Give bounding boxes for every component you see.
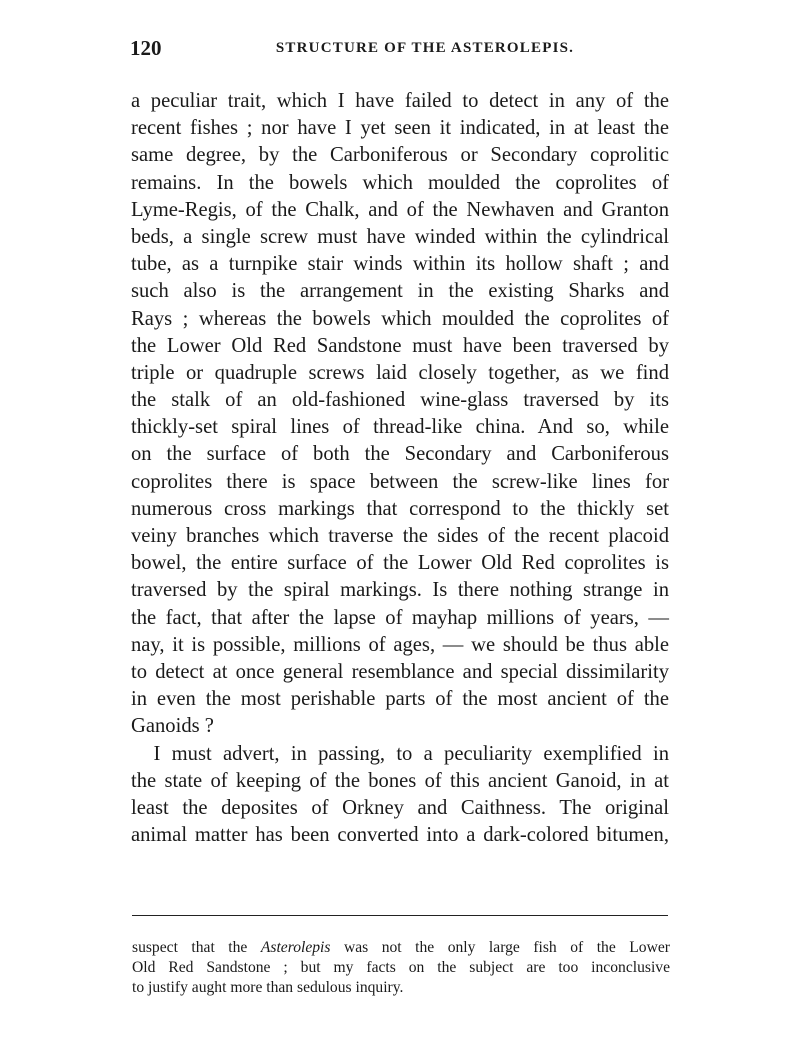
footnote: suspect that the Asterolepis was not the… <box>132 938 670 998</box>
text-line: same degree, by the Carboniferous or Sec… <box>131 142 669 169</box>
text-line: veiny branches which traverse the sides … <box>131 523 669 550</box>
text-line: recent fishes ; nor have I yet seen it i… <box>131 115 669 142</box>
text-line: the stalk of an old-fashioned wine-glass… <box>131 387 669 414</box>
text-line: the state of keeping of the bones of thi… <box>131 768 669 795</box>
book-page: 120 STRUCTURE OF THE ASTEROLEPIS. a pecu… <box>0 0 800 1050</box>
paragraph-start-line: I must advert, in passing, to a peculiar… <box>131 741 669 768</box>
text-line: the fact, that after the lapse of mayhap… <box>131 605 669 632</box>
body-text: a peculiar trait, which I have failed to… <box>131 88 669 849</box>
footnote-text: was not the only large fish of the Lower <box>330 939 670 956</box>
paragraph-end-line: Ganoids ? <box>131 713 669 740</box>
text-line: thickly-set spiral lines of thread-like … <box>131 414 669 441</box>
text-line: least the deposites of Orkney and Caithn… <box>131 795 669 822</box>
text-line: Lyme-Regis, of the Chalk, and of the New… <box>131 197 669 224</box>
text-line: in even the most perishable parts of the… <box>131 686 669 713</box>
footnote-divider <box>132 915 668 916</box>
text-line: nay, it is possible, millions of ages, —… <box>131 632 669 659</box>
text-line: the Lower Old Red Sandstone must have be… <box>131 333 669 360</box>
text-line: coprolites there is space between the sc… <box>131 469 669 496</box>
text-line: remains. In the bowels which moulded the… <box>131 170 669 197</box>
footnote-line: to justify aught more than sedulous inqu… <box>132 978 670 998</box>
text-line: on the surface of both the Secondary and… <box>131 441 669 468</box>
text-line: tube, as a turnpike stair winds within i… <box>131 251 669 278</box>
footnote-line: Old Red Sandstone ; but my facts on the … <box>132 958 670 978</box>
text-line: triple or quadruple screws laid closely … <box>131 360 669 387</box>
text-line: traversed by the spiral markings. Is the… <box>131 577 669 604</box>
running-head: STRUCTURE OF THE ASTEROLEPIS. <box>215 40 635 57</box>
footnote-line: suspect that the Asterolepis was not the… <box>132 938 670 958</box>
text-line: animal matter has been converted into a … <box>131 822 669 849</box>
text-line: to detect at once general resemblance an… <box>131 659 669 686</box>
text-line: a peculiar trait, which I have failed to… <box>131 88 669 115</box>
text-line: Rays ; whereas the bowels which moulded … <box>131 306 669 333</box>
text-line: such also is the arrangement in the exis… <box>131 278 669 305</box>
text-line: numerous cross markings that correspond … <box>131 496 669 523</box>
page-header: 120 STRUCTURE OF THE ASTEROLEPIS. <box>130 36 670 66</box>
footnote-italic-term: Asterolepis <box>261 939 331 956</box>
page-number: 120 <box>130 36 162 61</box>
footnote-text: suspect that the <box>132 939 261 956</box>
text-line: beds, a single screw must have winded wi… <box>131 224 669 251</box>
text-line: bowel, the entire surface of the Lower O… <box>131 550 669 577</box>
